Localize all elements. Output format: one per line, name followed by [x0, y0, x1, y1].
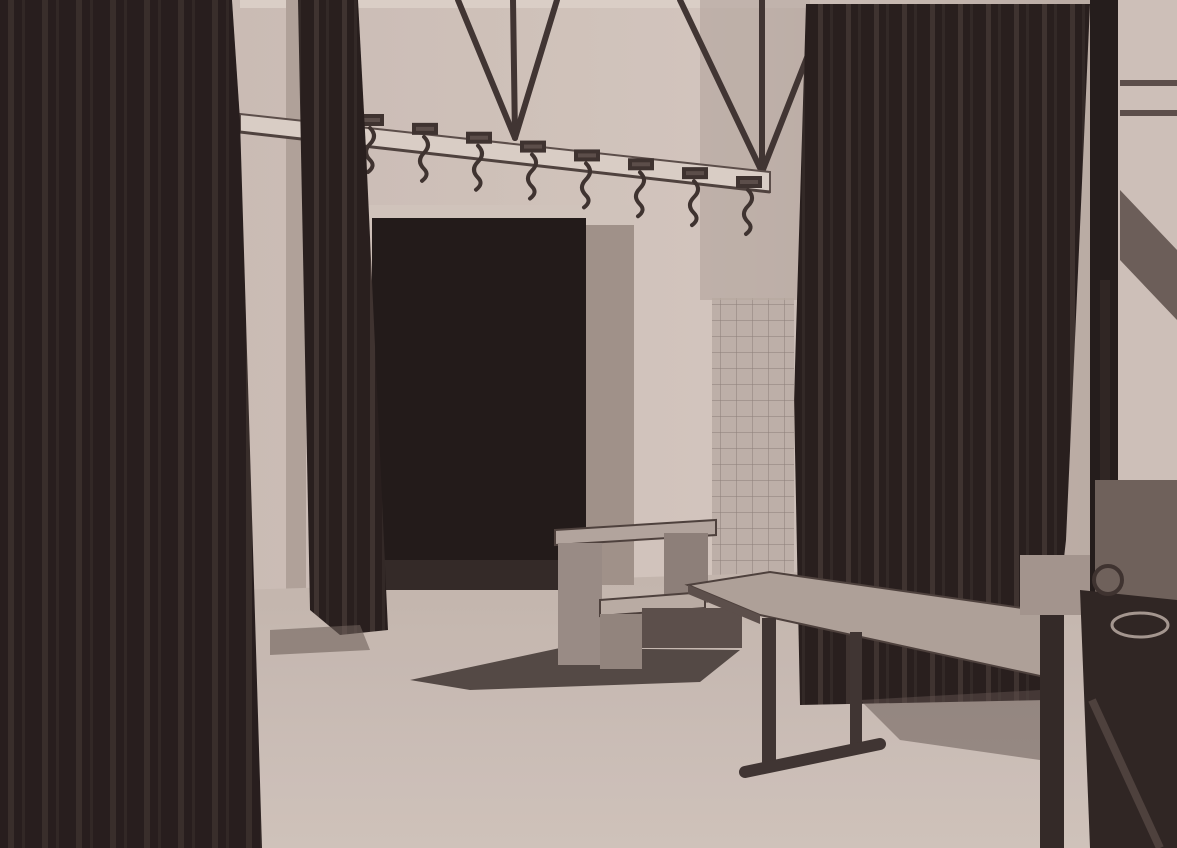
photograph: Interior room with dark heavy curtains, … — [0, 0, 1177, 848]
scene-drawing — [0, 0, 1177, 848]
